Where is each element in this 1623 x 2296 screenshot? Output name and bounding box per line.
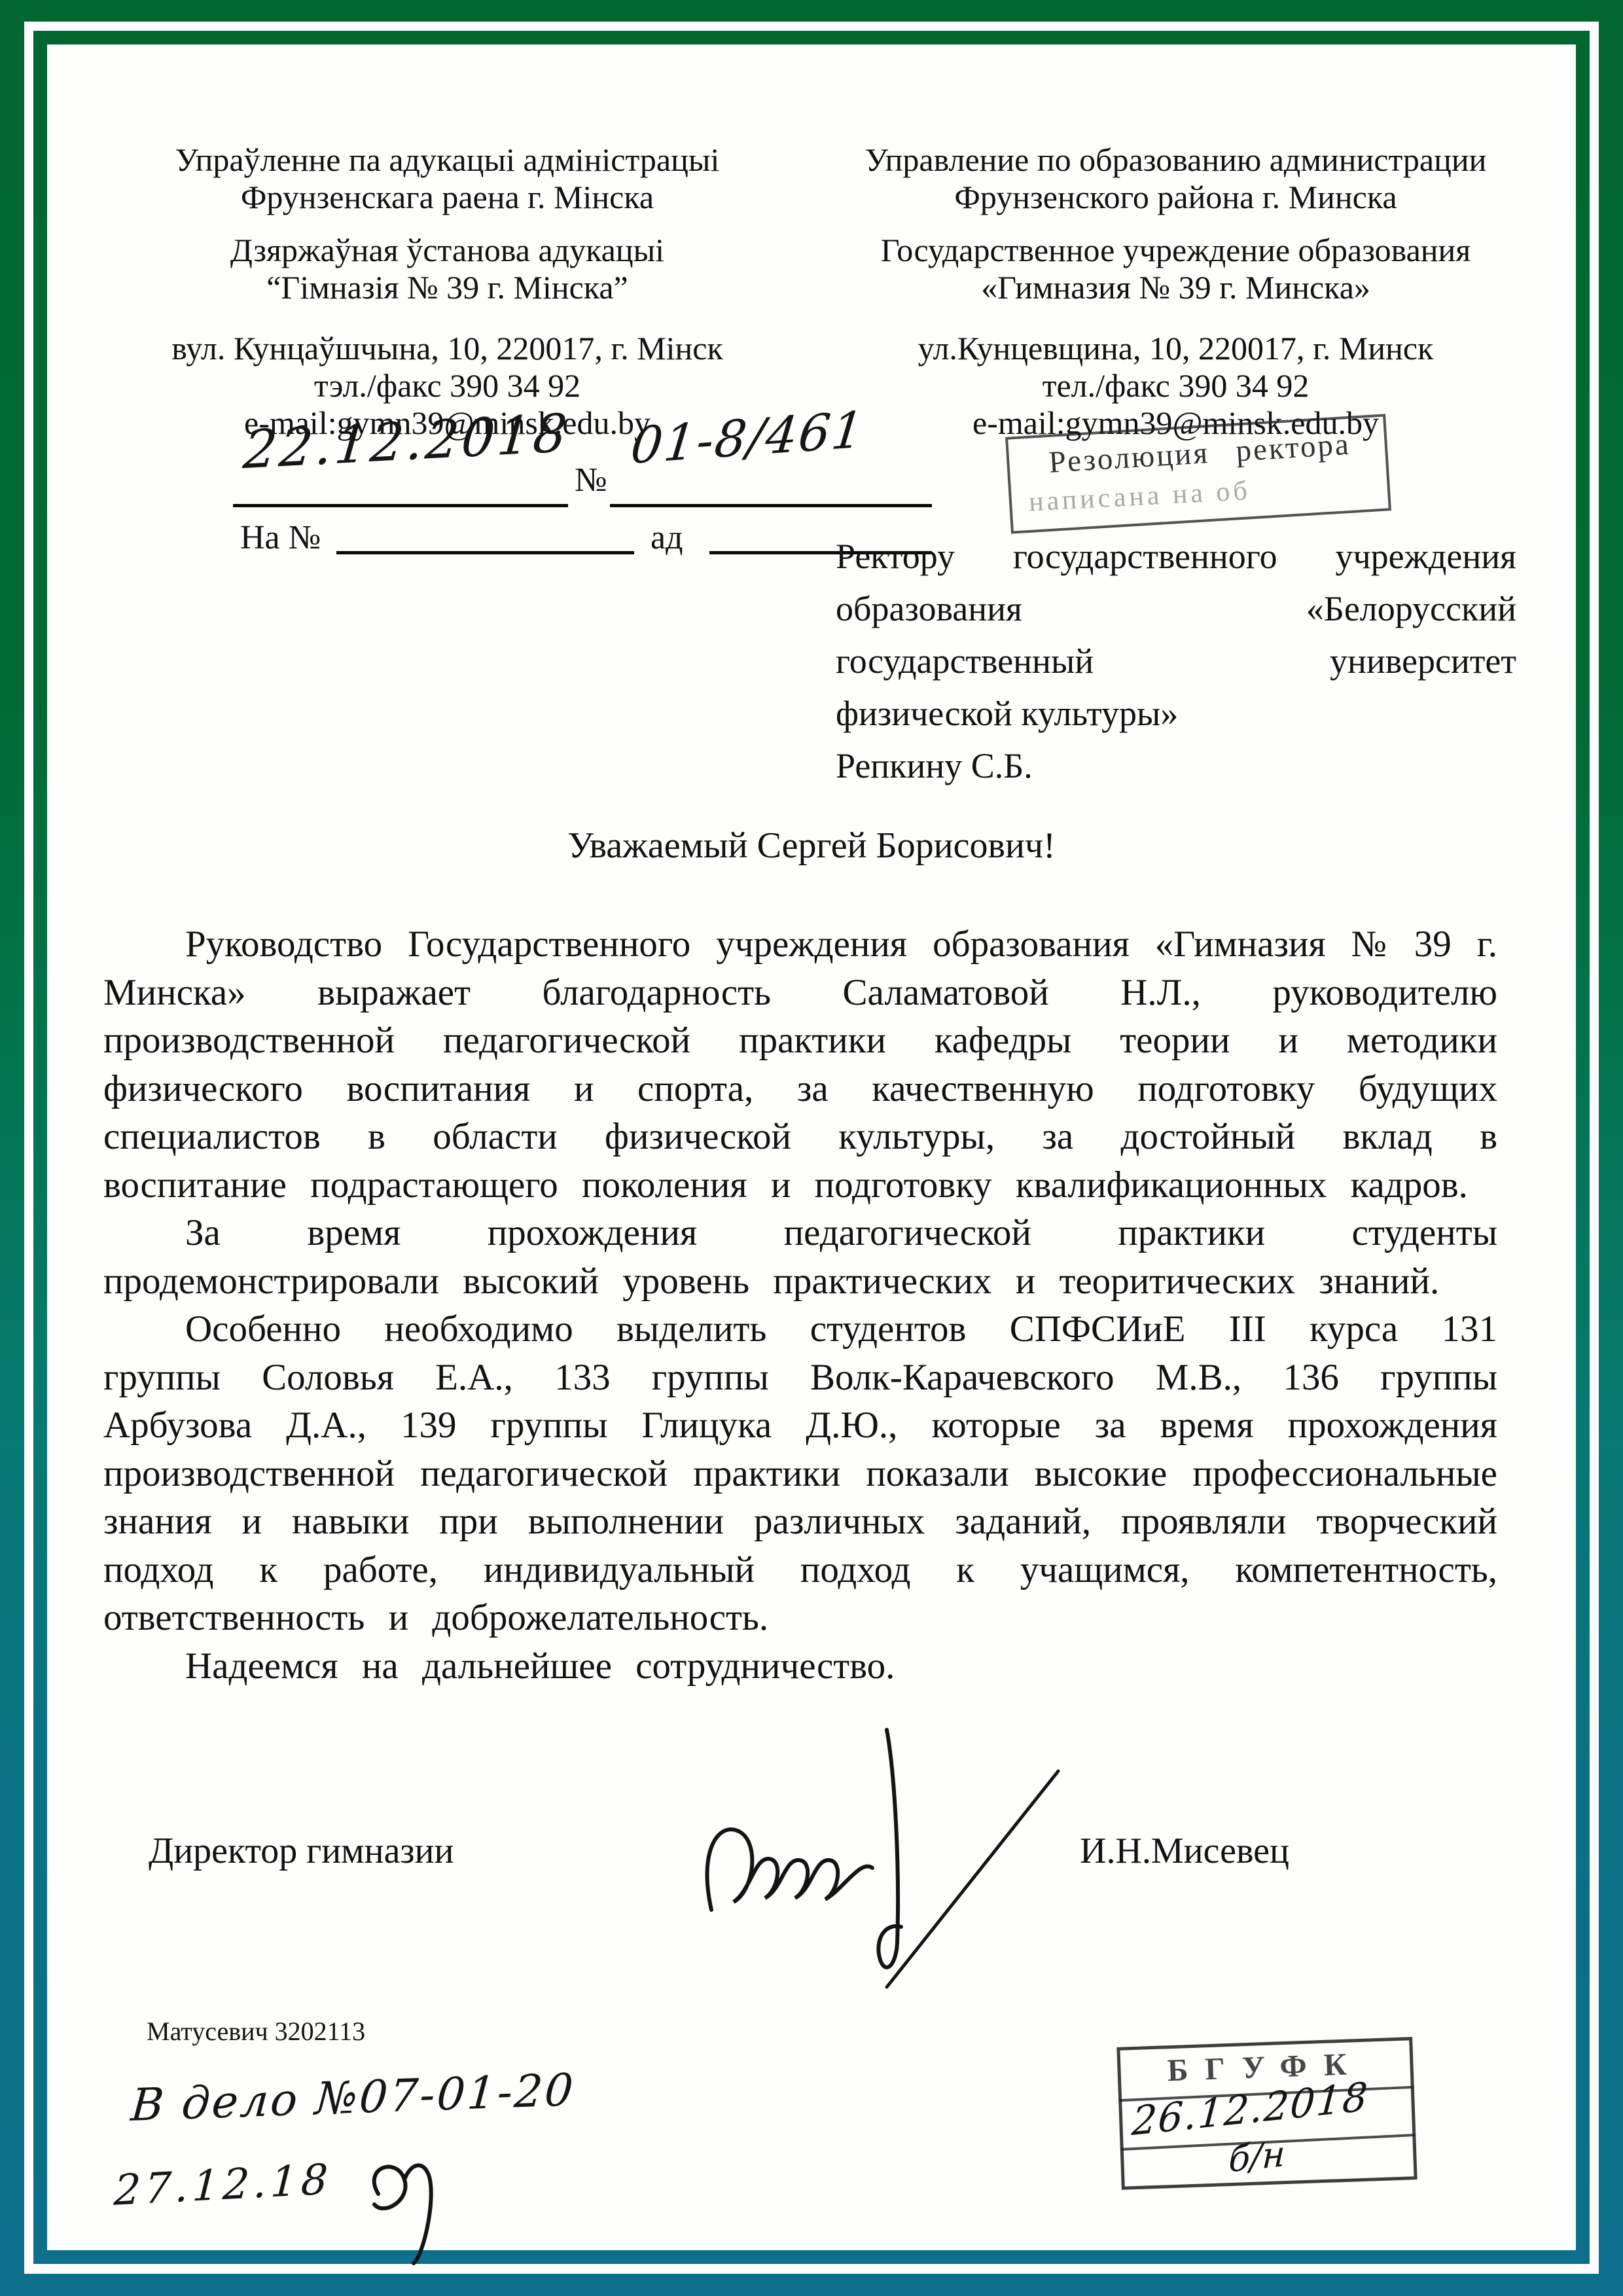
number-sign-label: №	[575, 461, 607, 499]
reply-number-underline	[336, 551, 634, 554]
executor-reference: Матусевич 3202113	[147, 2016, 365, 2047]
document-content: Упраўленне па адукацыі адміністрацыі Фру…	[47, 45, 1576, 2250]
scanned-letter-page: Упраўленне па адукацыі адміністрацыі Фру…	[0, 0, 1623, 2296]
reply-from-date-label: ад	[651, 518, 683, 557]
date-underline	[233, 504, 568, 507]
org-name-line2-ru: «Гимназия № 39 г. Минска»	[811, 269, 1540, 306]
addressee-line4: физической культуры»	[836, 687, 1516, 740]
salutation: Уважаемый Сергей Борисович!	[47, 825, 1576, 867]
signer-name: И.Н.Мисевец	[1080, 1830, 1289, 1872]
bgufk-handwritten-number: б/н	[1228, 2133, 1285, 2181]
org-name-line1-ru: Государственное учреждение образования	[811, 232, 1540, 269]
letterhead: Упраўленне па адукацыі адміністрацыі Фру…	[83, 141, 1540, 442]
signer-role: Директор гимназии	[149, 1830, 454, 1872]
addressee-line5: Репкину С.Б.	[836, 740, 1516, 792]
org-name-line1-be: Дзяржаўная ўстанова адукацыі	[83, 232, 811, 269]
addressee-line1: Ректору государственного учреждения	[836, 530, 1516, 583]
letterhead-left-column: Упраўленне па адукацыі адміністрацыі Фру…	[83, 141, 811, 442]
body-paragraph-1: Руководство Государственного учреждения …	[103, 920, 1497, 1209]
org-address-be: вул. Кунцаўшчына, 10, 220017, г. Мінск	[83, 330, 811, 367]
reply-to-number-label: На №	[240, 518, 321, 557]
letter-body: Руководство Государственного учреждения …	[103, 920, 1497, 1690]
letterhead-right-column: Управление по образованию администрации …	[811, 141, 1540, 442]
org-address-ru: ул.Кунцевщина, 10, 220017, г. Минск	[811, 330, 1540, 367]
body-paragraph-3: Особенно необходимо выделить студентов С…	[103, 1305, 1497, 1642]
number-underline	[610, 504, 932, 507]
org-admin-line1-ru: Управление по образованию администрации	[811, 141, 1540, 179]
bgufk-incoming-stamp: БГУФК 26.12.2018 б/н	[1116, 2037, 1417, 2190]
addressee-line3: государственный университет	[836, 635, 1516, 687]
org-admin-line1-be: Упраўленне па адукацыі адміністрацыі	[83, 141, 811, 179]
org-admin-line2-ru: Фрунзенского района г. Минска	[811, 179, 1540, 216]
addressee-block: Ректору государственного учреждения обра…	[836, 530, 1516, 792]
org-admin-line2-be: Фрунзенскага раена г. Мінска	[83, 179, 811, 216]
handwritten-date-note: 27.12.18	[113, 2155, 332, 2215]
body-paragraph-4: Надеемся на дальнейшее сотрудничество.	[103, 1642, 1497, 1691]
clerk-paraph-scribble	[355, 2151, 453, 2269]
org-phone-be: тэл./факс 390 34 92	[83, 367, 811, 404]
org-name-line2-be: “Гімназія № 39 г. Мінска”	[83, 269, 811, 306]
director-signature-scribble	[692, 1694, 1097, 2001]
handwritten-file-note: В дело №07-01-20	[129, 2064, 577, 2132]
addressee-line2: образования «Белорусский	[836, 583, 1516, 635]
org-phone-ru: тел./факс 390 34 92	[811, 367, 1540, 404]
body-paragraph-2: За время прохождения педагогической прак…	[103, 1209, 1497, 1305]
